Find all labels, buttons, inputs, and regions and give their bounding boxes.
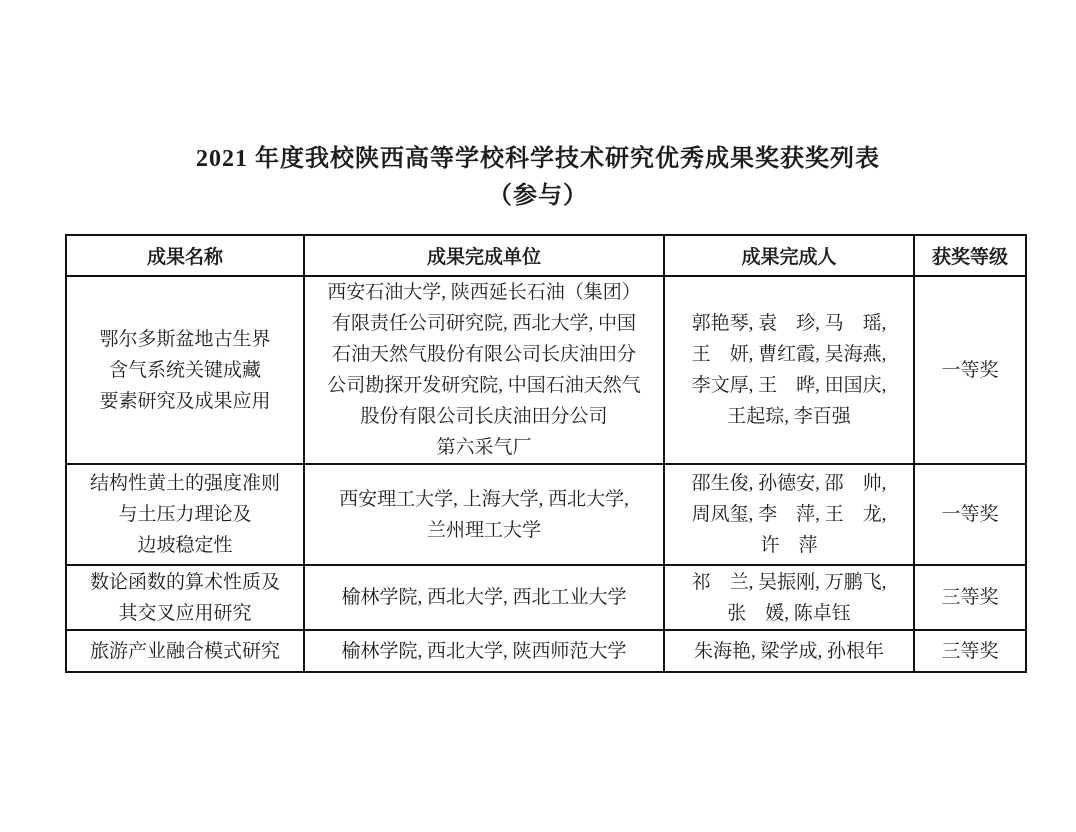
completing-units-cell: 西安理工大学, 上海大学, 西北大学, 兰州理工大学 [304,464,664,565]
col-header-completing-people: 成果完成人 [664,235,914,276]
completing-units-cell: 榆林学院, 西北大学, 西北工业大学 [304,565,664,630]
result-name-cell: 数论函数的算术性质及 其交叉应用研究 [66,565,304,630]
completing-units-cell: 西安石油大学, 陕西延长石油（集团） 有限责任公司研究院, 西北大学, 中国 石… [304,276,664,464]
table-row: 鄂尔多斯盆地古生界 含气系统关键成藏 要素研究及成果应用 西安石油大学, 陕西延… [66,276,1026,464]
completing-people-cell: 邵生俊, 孙德安, 邵 帅, 周凤玺, 李 萍, 王 龙, 许 萍 [664,464,914,565]
awards-table: 成果名称 成果完成单位 成果完成人 获奖等级 鄂尔多斯盆地古生界 含气系统关键成… [65,234,1027,673]
award-level-cell: 一等奖 [914,464,1026,565]
col-header-result-name: 成果名称 [66,235,304,276]
award-level-cell: 三等奖 [914,565,1026,630]
completing-units-cell: 榆林学院, 西北大学, 陕西师范大学 [304,630,664,672]
col-header-completing-units: 成果完成单位 [304,235,664,276]
title-line-1: 2021 年度我校陕西高等学校科学技术研究优秀成果奖获奖列表 [0,141,1076,178]
table-row: 数论函数的算术性质及 其交叉应用研究 榆林学院, 西北大学, 西北工业大学 祁 … [66,565,1026,630]
completing-people-cell: 祁 兰, 吴振刚, 万鹏飞, 张 媛, 陈卓钰 [664,565,914,630]
result-name-cell: 旅游产业融合模式研究 [66,630,304,672]
title-line-2: （参与） [0,178,1076,215]
table-row: 旅游产业融合模式研究 榆林学院, 西北大学, 陕西师范大学 朱海艳, 梁学成, … [66,630,1026,672]
table-header-row: 成果名称 成果完成单位 成果完成人 获奖等级 [66,235,1026,276]
col-header-award-level: 获奖等级 [914,235,1026,276]
result-name-cell: 鄂尔多斯盆地古生界 含气系统关键成藏 要素研究及成果应用 [66,276,304,464]
page-title: 2021 年度我校陕西高等学校科学技术研究优秀成果奖获奖列表 （参与） [0,0,1076,215]
award-level-cell: 一等奖 [914,276,1026,464]
award-level-cell: 三等奖 [914,630,1026,672]
completing-people-cell: 郭艳琴, 袁 珍, 马 瑶, 王 妍, 曹红霞, 吴海燕, 李文厚, 王 晔, … [664,276,914,464]
result-name-cell: 结构性黄土的强度准则 与土压力理论及 边坡稳定性 [66,464,304,565]
completing-people-cell: 朱海艳, 梁学成, 孙根年 [664,630,914,672]
table-row: 结构性黄土的强度准则 与土压力理论及 边坡稳定性 西安理工大学, 上海大学, 西… [66,464,1026,565]
